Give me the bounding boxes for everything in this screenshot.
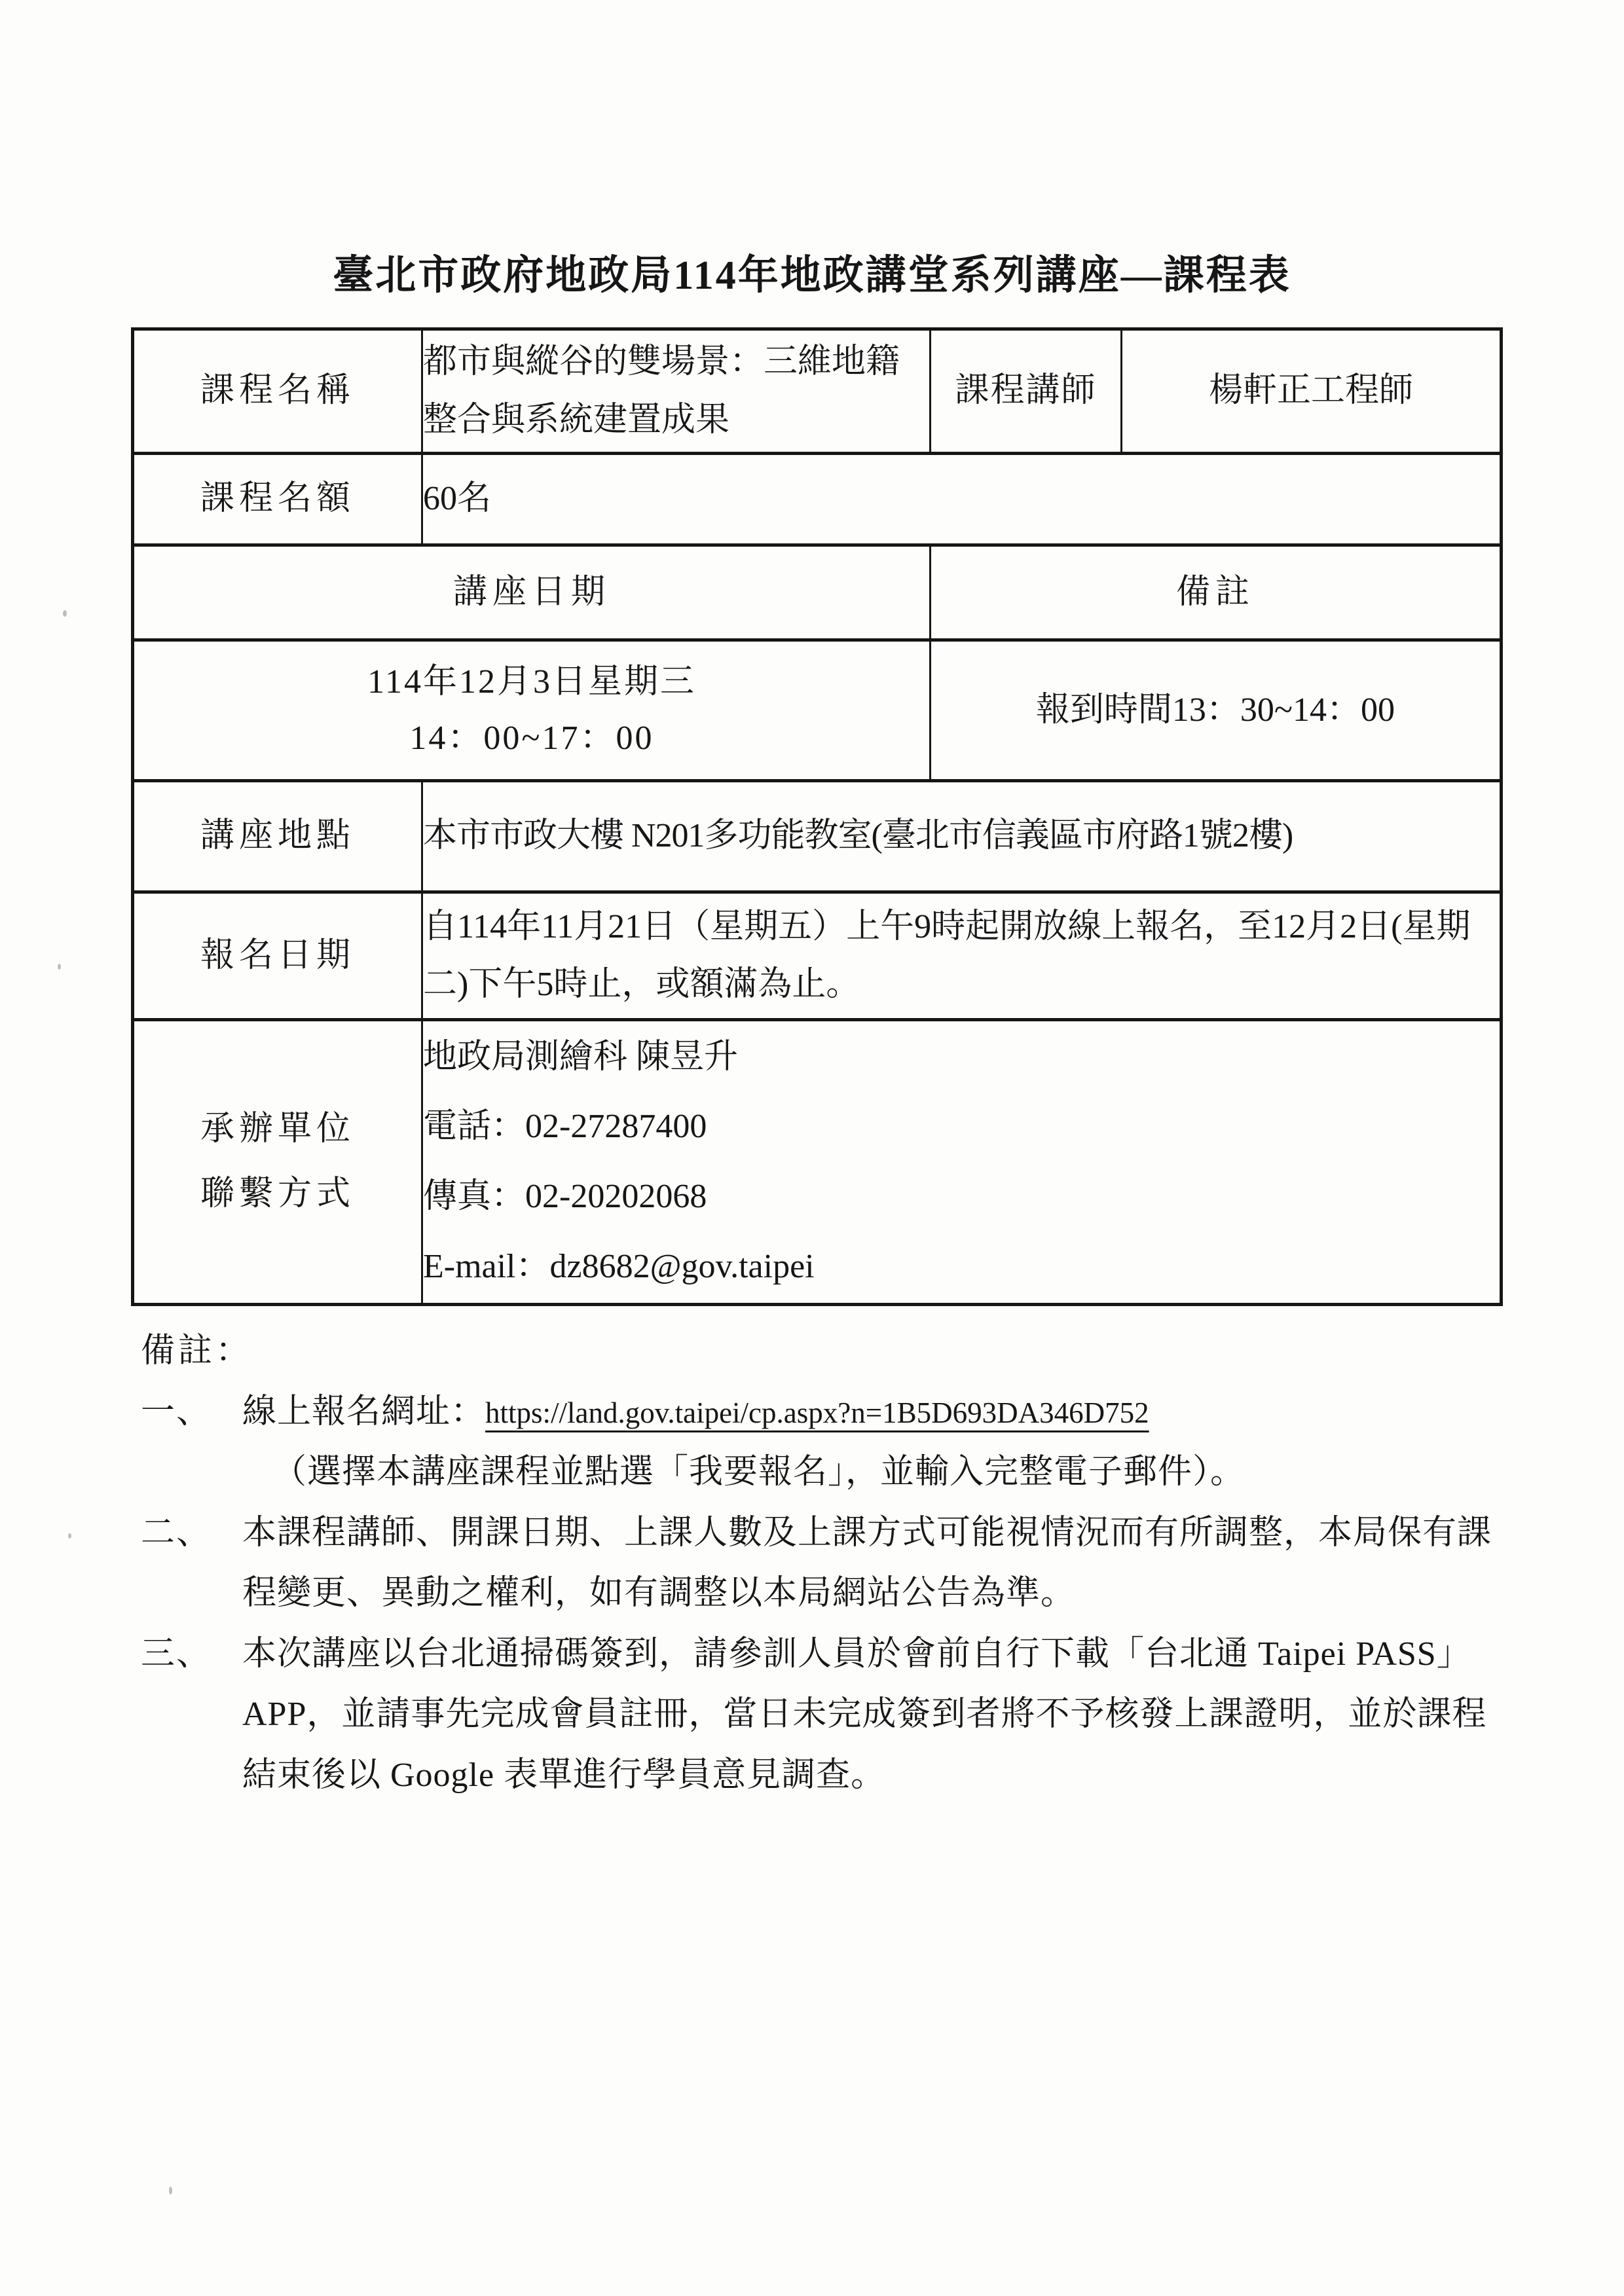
registration-label: 報名日期 [133,892,422,1020]
location-label: 講座地點 [133,781,422,892]
table-row-location: 講座地點 本市市政大樓 N201多功能教室(臺北市信義區市府路1號2樓) [133,781,1502,892]
notes-heading: 備註： [141,1321,1503,1382]
note-item-1: 一、 線上報名網址：https://land.gov.taipei/cp.asp… [141,1382,1503,1503]
contact-unit: 地政局測繪科 陳昱升 [423,1023,1500,1093]
contact-details-cell: 地政局測繪科 陳昱升 電話：02-27287400 傳真：02-20202068… [422,1020,1502,1305]
note-1-line2: （選擇本講座課程並點選「我要報名」，並輸入完整電子郵件）。 [242,1442,1503,1503]
note-2-text: 本課程講師、開課日期、上課人數及上課方式可能視情況而有所調整，本局保有課程變更、… [242,1503,1503,1624]
course-name-label: 課程名稱 [133,329,422,454]
note-3-text: 本次講座以台北通掃碼簽到，請參訓人員於會前自行下載「台北通 Taipei PAS… [242,1624,1503,1806]
scan-artifact [58,964,61,970]
location-value: 本市市政大樓 N201多功能教室(臺北市信義區市府路1號2樓) [422,781,1502,892]
instructor-value: 楊軒正工程師 [1122,329,1502,454]
note-item-2: 二、 本課程講師、開課日期、上課人數及上課方式可能視情況而有所調整，本局保有課程… [141,1503,1503,1624]
contact-label-line1: 承辦單位 [134,1097,421,1162]
note-1-lead: 線上報名網址： [242,1393,485,1430]
quota-label: 課程名額 [133,454,422,545]
table-row-contact: 承辦單位 聯繫方式 地政局測繪科 陳昱升 電話：02-27287400 傳真：0… [133,1020,1502,1305]
contact-label-line2: 聯繫方式 [134,1162,421,1227]
course-name-value: 都市與縱谷的雙場景：三維地籍整合與系統建置成果 [422,329,931,454]
note-item-3: 三、 本次講座以台北通掃碼簽到，請參訓人員於會前自行下載「台北通 Taipei … [141,1624,1503,1806]
session-time: 14：00~17：00 [134,710,929,767]
table-row-registration: 報名日期 自114年11月21日（星期五）上午9時起開放線上報名，至12月2日(… [133,892,1502,1020]
notes-section: 備註： 一、 線上報名網址：https://land.gov.taipei/cp… [141,1321,1503,1806]
registration-value: 自114年11月21日（星期五）上午9時起開放線上報名，至12月2日(星期二)下… [422,892,1502,1020]
scanned-document-page: 臺北市政府地政局114年地政講堂系列講座—課程表 課程名稱 都市與縱谷的雙場景：… [0,0,1624,2296]
session-datetime-cell: 114年12月3日星期三 14：00~17：00 [133,640,931,781]
quota-value: 60名 [422,454,1502,545]
page-title: 臺北市政府地政局114年地政講堂系列講座—課程表 [0,242,1624,301]
table-row-session: 114年12月3日星期三 14：00~17：00 報到時間13：30~14：00 [133,640,1502,781]
course-info-table: 課程名稱 都市與縱谷的雙場景：三維地籍整合與系統建置成果 課程講師 楊軒正工程師… [131,327,1503,1306]
table-row-headers: 講座日期 備註 [133,545,1502,640]
remark-header: 備註 [931,545,1502,640]
contact-phone: 電話：02-27287400 [423,1092,1500,1162]
contact-label: 承辦單位 聯繫方式 [133,1020,422,1305]
session-date: 114年12月3日星期三 [134,654,929,710]
scan-artifact [63,610,67,617]
lecture-date-header: 講座日期 [133,545,931,640]
scan-artifact [169,2187,172,2195]
checkin-time: 報到時間13：30~14：00 [931,640,1502,781]
note-2-number: 二、 [141,1503,242,1564]
note-1-line1: 線上報名網址：https://land.gov.taipei/cp.aspx?n… [242,1382,1503,1443]
table-row-course: 課程名稱 都市與縱谷的雙場景：三維地籍整合與系統建置成果 課程講師 楊軒正工程師 [133,329,1502,454]
scan-artifact [68,1533,71,1539]
note-3-number: 三、 [141,1624,242,1685]
table-row-quota: 課程名額 60名 [133,454,1502,545]
instructor-label: 課程講師 [931,329,1122,454]
contact-fax: 傳真：02-20202068 [423,1162,1500,1232]
note-1-number: 一、 [141,1382,242,1443]
contact-email: E-mail：dz8682@gov.taipei [423,1232,1500,1302]
registration-url-link[interactable]: https://land.gov.taipei/cp.aspx?n=1B5D69… [485,1396,1149,1429]
